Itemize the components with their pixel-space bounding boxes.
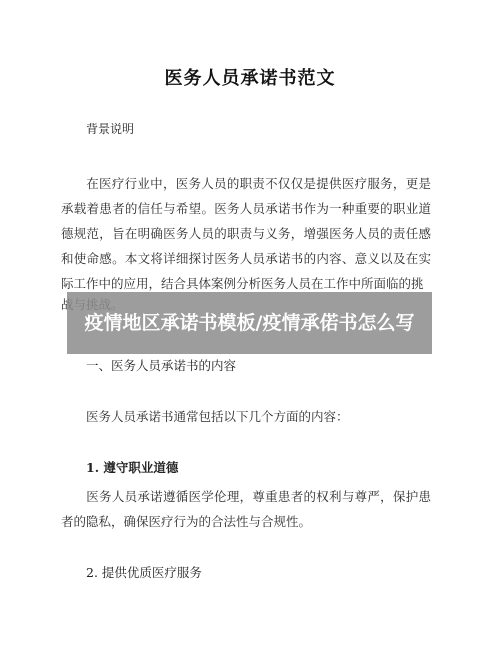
item-body-1: 医务人员承诺遵循医学伦理，尊重患者的权利与尊严，保护患者的隐私，确保医疗行为的合… — [61, 484, 431, 534]
intro-paragraph-text: 在医疗行业中，医务人员的职责不仅仅是提供医疗服务，更是承载着患者的信任与希望。医… — [61, 176, 431, 291]
overlay-caption: 疫情地区承诺书模板/疫情承偌书怎么写 — [80, 311, 420, 335]
item-heading-2: 2. 提供优质医疗服务 — [86, 563, 202, 581]
section-intro: 医务人员承诺书通常包括以下几个方面的内容： — [86, 407, 349, 425]
intro-paragraph: 在医疗行业中，医务人员的职责不仅仅是提供医疗服务，更是承载着患者的信任与希望。医… — [61, 171, 431, 296]
document-title: 医务人员承诺书范文 — [0, 64, 500, 90]
background-label: 背景说明 — [86, 120, 134, 137]
caption-overlay: 疫情地区承诺书模板/疫情承偌书怎么写 — [67, 292, 432, 354]
item-heading-1: 1. 遵守职业道德 — [86, 458, 178, 476]
section-heading: 一、医务人员承诺书的内容 — [86, 356, 236, 374]
item-body-1-text: 医务人员承诺遵循医学伦理，尊重患者的权利与尊严，保护患者的隐私，确保医疗行为的合… — [61, 489, 431, 529]
